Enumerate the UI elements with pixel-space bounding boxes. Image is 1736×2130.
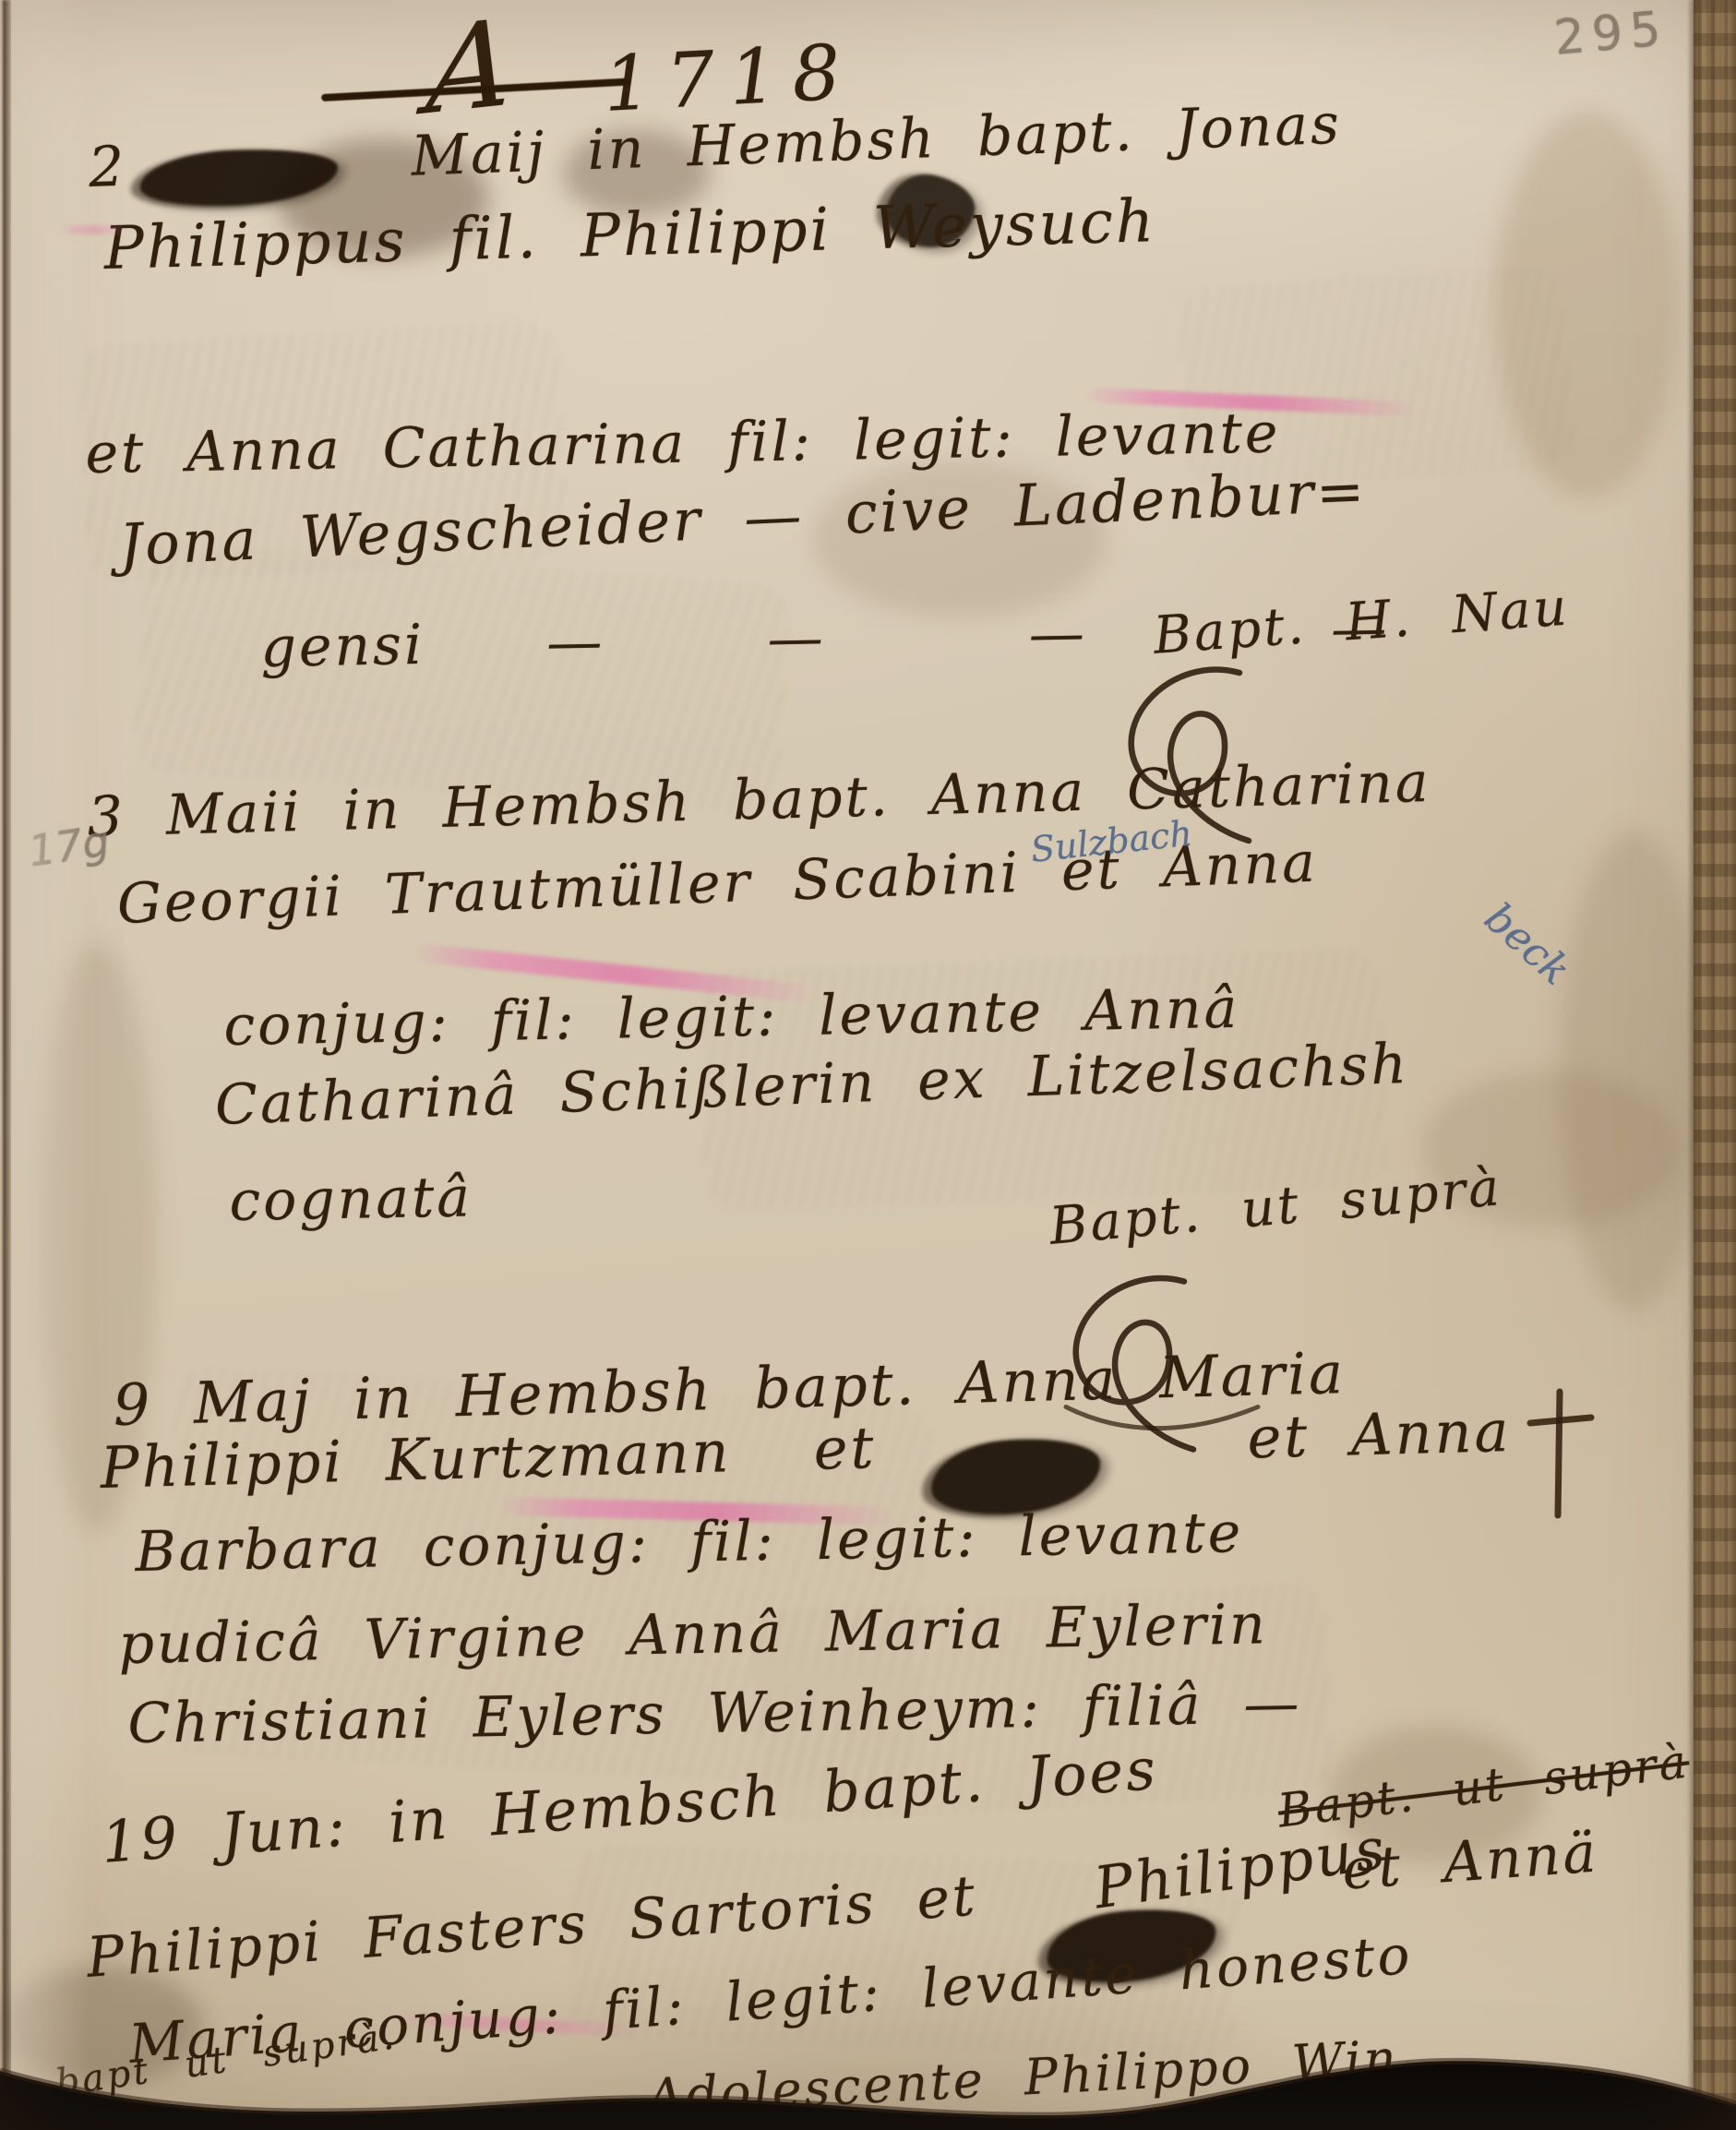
entry2-line5: cognatâ — [229, 1169, 473, 1229]
cross-mark — [1521, 1386, 1598, 1525]
page-left-highlight — [11, 0, 89, 2130]
page-left-edge — [3, 0, 11, 2130]
page-bottom-edge — [0, 2027, 1736, 2130]
folio-number: 295 — [1552, 5, 1670, 63]
binding-edge — [1694, 0, 1736, 2130]
manuscript-scan: 295 A 1718 2 Maij in Hembsh bapt. Jonas … — [0, 0, 1736, 2130]
year-heading-initial: A — [424, 4, 520, 133]
